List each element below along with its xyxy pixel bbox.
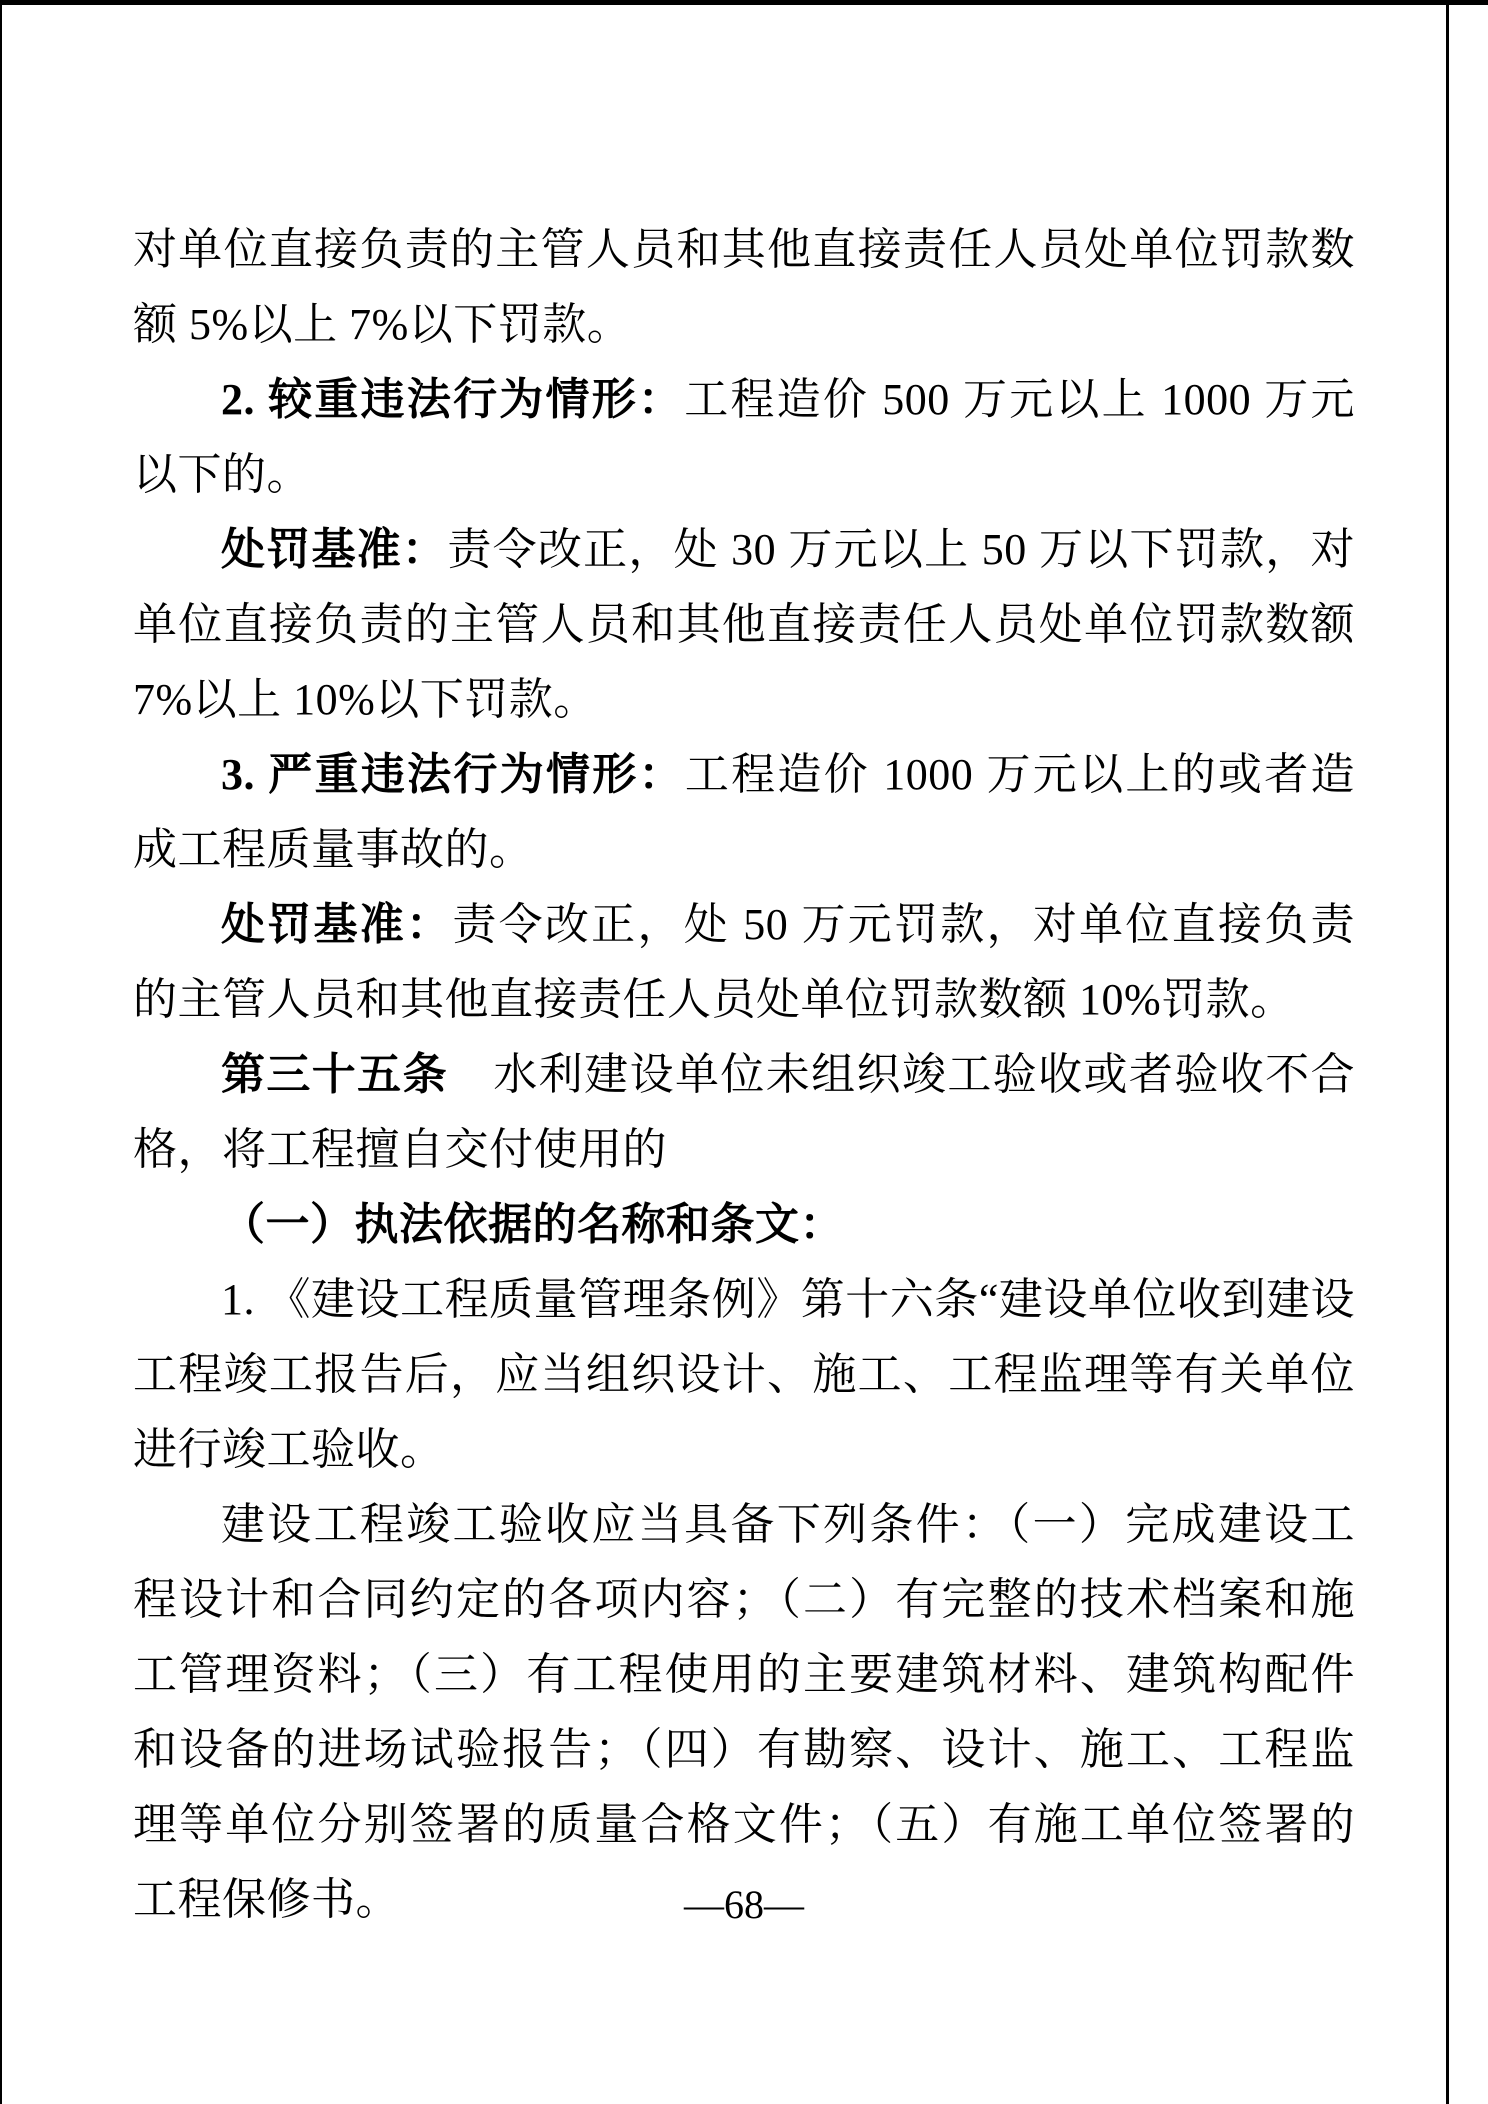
paragraph: 建设工程竣工验收应当具备下列条件：（一）完成建设工程设计和合同约定的各项内容；（… — [133, 1487, 1355, 1937]
page-left-border — [0, 0, 2, 2104]
paragraph-lead: 2. 较重违法行为情形： — [221, 375, 684, 424]
paragraph: 处罚基准：责令改正，处 30 万元以上 50 万以下罚款，对单位直接负责的主管人… — [133, 512, 1355, 737]
paragraph: （一）执法依据的名称和条文： — [133, 1187, 1355, 1262]
page-number: —68— — [133, 1882, 1355, 1928]
document-page: 对单位直接负责的主管人员和其他直接责任人员处单位罚款数额 5%以上 7%以下罚款… — [0, 0, 1488, 2104]
page-top-border — [0, 0, 1488, 5]
paragraph-lead: （一）执法依据的名称和条文： — [221, 1200, 844, 1249]
paragraph: 2. 较重违法行为情形：工程造价 500 万元以上 1000 万元以下的。 — [133, 362, 1355, 512]
paragraph: 处罚基准：责令改正，处 50 万元罚款，对单位直接负责的主管人员和其他直接责任人… — [133, 887, 1355, 1037]
paragraph: 3. 严重违法行为情形：工程造价 1000 万元以上的或者造成工程质量事故的。 — [133, 737, 1355, 887]
paragraph: 第三十五条 水利建设单位未组织竣工验收或者验收不合格，将工程擅自交付使用的 — [133, 1037, 1355, 1187]
paragraph: 1. 《建设工程质量管理条例》第十六条“建设单位收到建设工程竣工报告后，应当组织… — [133, 1262, 1355, 1487]
paragraph-lead: 3. 严重违法行为情形： — [221, 750, 685, 799]
paragraph-lead: 处罚基准： — [221, 525, 447, 574]
paragraph-lead: 第三十五条 — [221, 1050, 448, 1099]
document-body: 对单位直接负责的主管人员和其他直接责任人员处单位罚款数额 5%以上 7%以下罚款… — [133, 212, 1355, 1937]
page-right-border — [1446, 0, 1449, 2104]
paragraph-lead: 处罚基准： — [221, 900, 452, 949]
paragraph: 对单位直接负责的主管人员和其他直接责任人员处单位罚款数额 5%以上 7%以下罚款… — [133, 212, 1355, 362]
